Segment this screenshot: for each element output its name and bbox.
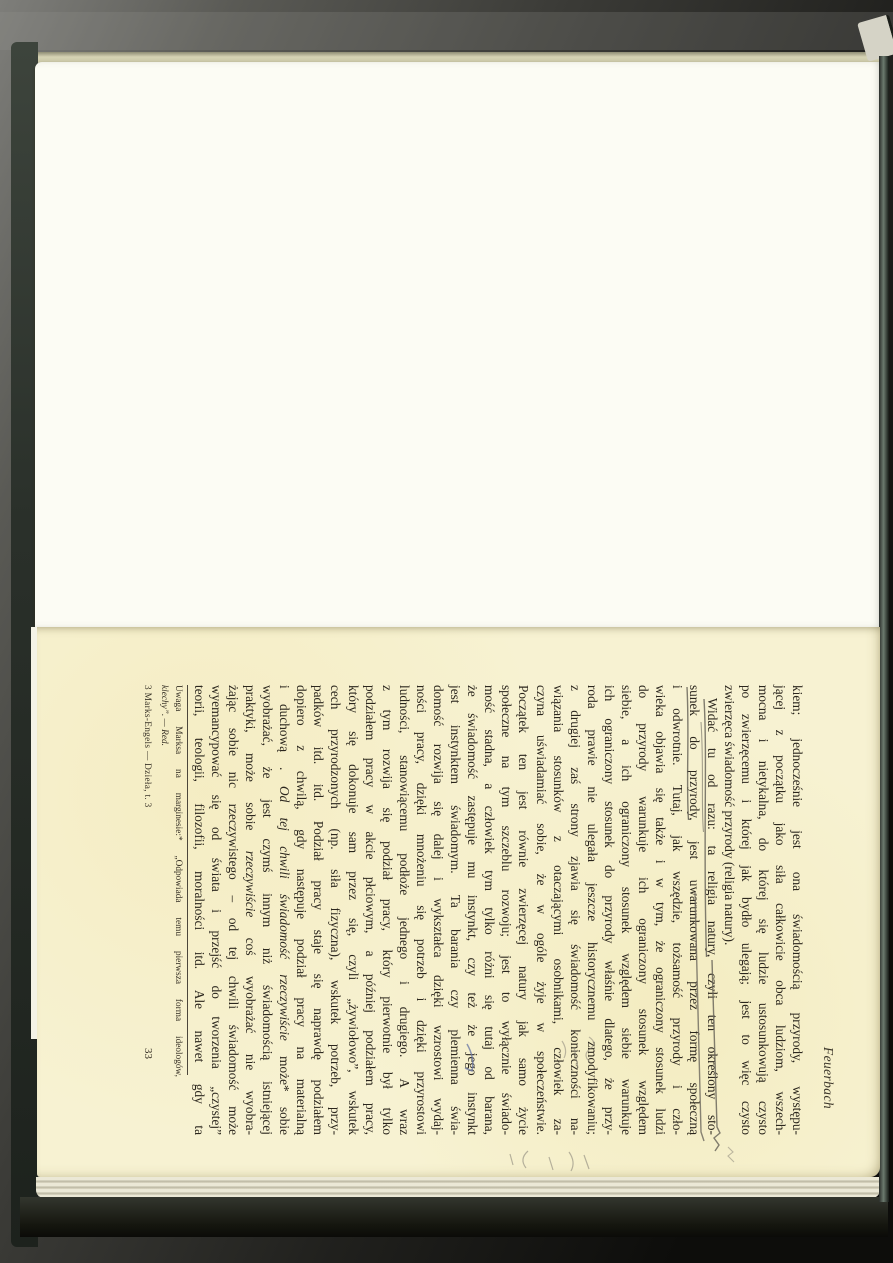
pencil-marginalia-overlay — [37, 627, 880, 1177]
blue-pencil-hook — [465, 1044, 473, 1071]
pencil-strike-line7 — [695, 892, 704, 1141]
book-spine-edge — [879, 56, 889, 1202]
pencil-scribble-margin — [510, 1151, 589, 1171]
pencil-tick — [728, 1147, 734, 1162]
blank-facing-page — [35, 62, 882, 628]
pencil-underline-line6 — [704, 699, 707, 957]
pencil-underline-line7 — [687, 687, 689, 820]
pencil-strike-line6 — [712, 960, 720, 1151]
pencil-underline-line6-b — [701, 722, 704, 832]
scanner-light-band — [0, 12, 893, 50]
page-stack-bottom-edge — [36, 1177, 880, 1198]
book-scan-photo: Feuerbach kiem; jednocześnie jest ona św… — [0, 0, 893, 1263]
rotated-book-page: Feuerbach kiem; jednocześnie jest ona św… — [37, 627, 880, 1177]
pencil-scribble-mid — [562, 1037, 594, 1068]
book-bottom-shadow — [20, 1197, 888, 1237]
